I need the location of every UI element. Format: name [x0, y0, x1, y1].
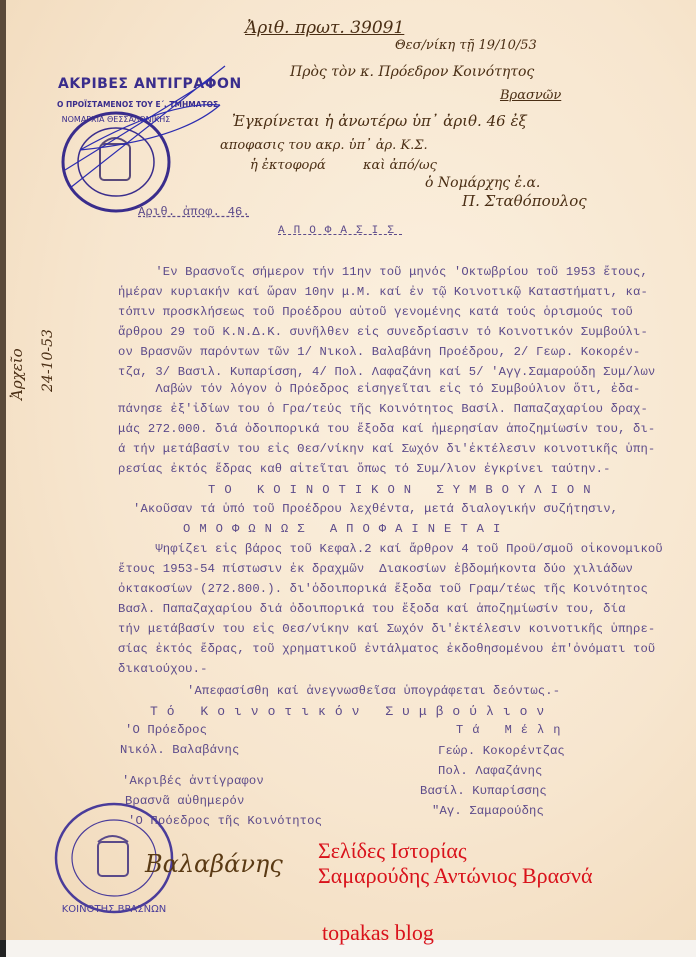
text-line: ἡμέραν κυριακήν καί ὥραν 10ην μ.Μ. καί ἐ…: [118, 285, 648, 299]
text-line: ον Βρασνῶν παρόντων τῶν 1/ Νικολ. Βαλαβά…: [118, 345, 640, 359]
closing-statement: 'Απεφασίσθη καί ἀνεγνωσθεῖσα ὑπογράφεται…: [187, 684, 560, 698]
text-line: Βασλ. Παπαζαχαρίου διά ὁδοιπορικά του ἔξ…: [118, 602, 626, 616]
text-line: Λαβών τόν λόγον ὁ Πρόεδρος εἰσηγεῖται εἰ…: [118, 382, 640, 396]
council-heading: ΤΟ ΚΟΙΝΟΤΙΚΟΝ ΣΥΜΒΟΥΛΙΟΝ: [208, 483, 600, 497]
margin-note-archive: Ἀρχεῖο: [8, 348, 26, 400]
text-line: ὀκτακοσίων (272.800.). δι'ὁδοιπορικά ἔξο…: [118, 582, 648, 596]
text-line: ρεσίας ἐκτός ἔδρας καθ αἰτεῖται ὅπως τό …: [118, 462, 611, 476]
member-4: "Αγ. Σαμαρούδης: [432, 804, 544, 818]
council-signoff: Τό Κοινοτικόν Συμβούλιον: [150, 704, 553, 719]
pen-signature-scribble-icon: [60, 60, 230, 200]
decision-number: Ἀριθ. ἀποφ. 46.: [138, 205, 250, 219]
member-1: Γεώρ. Κοκορέντζας: [438, 744, 565, 758]
handwritten-recipient: Πρὸς τὸν κ. Πρόεδρον Κοινότητος: [290, 64, 534, 80]
member-2: Πολ. Λαφαζάνης: [438, 764, 543, 778]
members-title: Τά Μέλη: [456, 723, 569, 737]
handwritten-signature-stathopoulos: Π. Σταθόπουλος: [462, 192, 587, 210]
handwritten-approval-line-3: ἡ ἐκτοφορά καὶ ἀπό/ως: [250, 158, 437, 173]
handwritten-protocol-number: Ἀριθ. πρωτ. 39091: [245, 18, 404, 38]
watermark-title: Σελίδες Ιστορίας: [318, 838, 467, 864]
text-line: τήν μετάβασίν του εἰς Θεσ/νίκην καί Σωχό…: [118, 622, 655, 636]
text-line: τζα, 3/ Βασιλ. Κυπαρίσση, 4/ Πολ. Λαφαζά…: [118, 365, 655, 379]
margin-note-date: 24-10-53: [40, 329, 56, 392]
decision-title: ΑΠΟΦΑΣΙΣ: [278, 225, 403, 237]
text-line: ἄρθρου 29 τοῦ Κ.Ν.Δ.Κ. συνῆλθεν εἰς συνε…: [118, 325, 648, 339]
handwritten-approval-line-2: αποφασις του ακρ. ὑπ᾽ ἀρ. Κ.Σ.: [220, 138, 428, 153]
text-line: ἔτους 1953-54 πίστωσιν ἐκ δραχμῶν Διακοσ…: [118, 562, 633, 576]
watermark-author: Σαμαρούδης Αντώνιος Βρασνά: [318, 863, 593, 889]
handwritten-approval-line-1: Ἐγκρίνεται ἡ ἀνωτέρω ὑπ᾽ ἀριθ. 46 ἐξ: [232, 112, 527, 130]
text-line: πάνησε ἐξ'ἰδίων του ὁ Γρα/τεύς τῆς Κοινό…: [118, 402, 648, 416]
president-name: Νικόλ. Βαλαβάνης: [120, 743, 239, 757]
unanimous-decision-heading: ΟΜΟΦΩΝΩΣ ΑΠΟΦΑΙΝΕΤΑΙ: [183, 522, 509, 536]
president-title: 'Ο Πρόεδρος: [125, 723, 207, 737]
heard-statement: 'Ακοῦσαν τά ὑπό τοῦ Προέδρου λεχθέντα, μ…: [133, 502, 618, 516]
svg-text:ΚΟΙΝΟΤΗΣ ΒΡΑΣΝΩΝ: ΚΟΙΝΟΤΗΣ ΒΡΑΣΝΩΝ: [62, 904, 167, 915]
handwritten-date: Θεσ/νίκη τῇ 19/10/53: [395, 38, 537, 53]
text-line: Ψηφίζει εἰς βάρος τοῦ Κεφαλ.2 καί ἄρθρον…: [118, 542, 663, 556]
text-line: 'Εν Βρασνοῖς σήμερον τήν 11ην τοῦ μηνός …: [118, 265, 648, 279]
text-line: δικαιούχου.-: [118, 662, 208, 676]
handwritten-place: Βρασνῶν: [500, 88, 561, 103]
text-line: μάς 272.000. διά ὁδοιπορικά του ἔξοδα κα…: [118, 422, 655, 436]
text-line: σίας ἐκτός ἔδρας, τοῦ χρηματικοῦ ἐντάλμα…: [118, 642, 655, 656]
watermark-blog: topakas blog: [322, 920, 434, 946]
certified-copy-line: 'Ακριβές ἀντίγραφον: [122, 774, 264, 788]
member-3: Βασίλ. Κυπαρίσσης: [420, 784, 547, 798]
handwritten-prefect: ὁ Νομάρχης ἐ.α.: [425, 175, 540, 191]
text-line: ά τήν μετάβασίν του εἰς Θεσ/νίκην καί Σω…: [118, 442, 655, 456]
text-line: τόπιν προσκλήσεως τοῦ Προέδρου αὐτοῦ γεν…: [118, 305, 633, 319]
president-handwritten-signature: Βαλαβάνης: [145, 850, 283, 878]
